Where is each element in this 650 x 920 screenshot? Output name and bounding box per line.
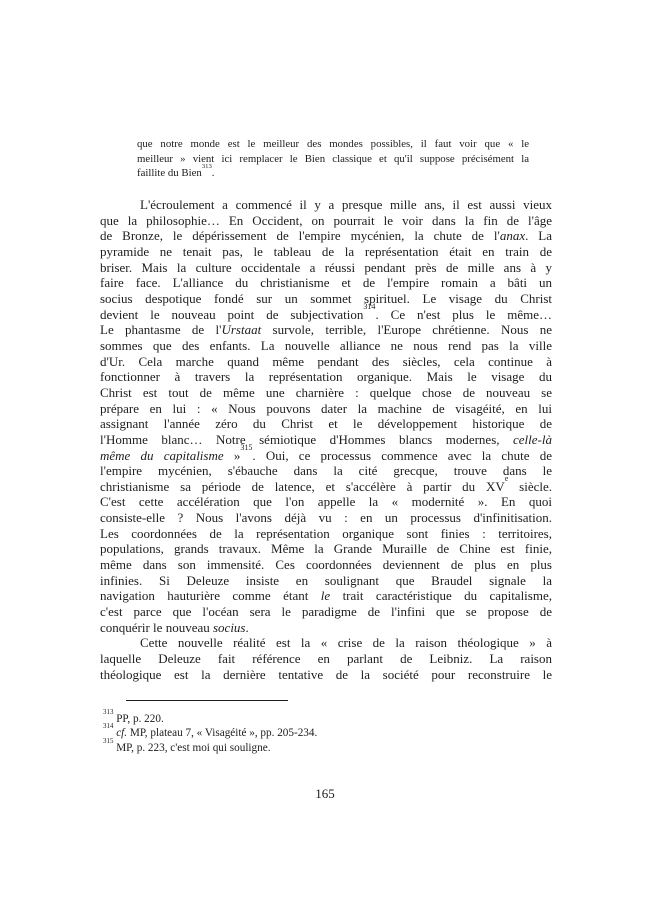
text-run: . Ce n'est plus le même… <box>375 307 552 322</box>
text-run: que notre monde est le meilleur des mond… <box>137 138 529 150</box>
text-run: briser. Mais la culture occidentale a ré… <box>100 260 552 275</box>
text-line: que la philosophie… En Occident, on pour… <box>100 213 552 229</box>
superscript-ref: 314 <box>363 302 375 311</box>
text-run: pyramide ne tenait pas, le tableau de la… <box>100 244 552 259</box>
blockquote: que notre monde est le meilleur des mond… <box>137 137 529 181</box>
text-run: trait caractéristique du capitalisme, <box>330 588 552 603</box>
text-line: fonctionner à travers la représentation … <box>100 369 552 385</box>
text-line: Cette nouvelle réalité est la « crise de… <box>100 635 552 651</box>
text-run: que la philosophie… En Occident, on pour… <box>100 213 552 228</box>
paragraph: Cette nouvelle réalité est la « crise de… <box>100 635 552 682</box>
text-line: laquelle Deleuze fait référence en parla… <box>100 651 552 667</box>
text-line: populations, grands travaux. Même la Gra… <box>100 541 552 557</box>
text-line: devient le nouveau point de subjectivati… <box>100 307 552 323</box>
text-line: théologique est la dernière tentative de… <box>100 667 552 683</box>
text-line: infinies. Si Deleuze insiste en souligna… <box>100 573 552 589</box>
footnote-item: 313 PP, p. 220. <box>103 712 563 726</box>
text-line: d'Ur. Cela marche quand même pendant des… <box>100 354 552 370</box>
text-line: prépare en lui : « Nous pouvons dater la… <box>100 401 552 417</box>
text-run: Cette nouvelle réalité est la « crise de… <box>140 635 552 650</box>
text-run: C'est cette accélération que l'on appell… <box>100 494 552 509</box>
text-run: assignant l'année zéro du Christ et le d… <box>100 416 552 431</box>
text-line: même dans son immensité. Ces coordonnées… <box>100 557 552 573</box>
text-run: devient le nouveau point de subjectivati… <box>100 307 363 322</box>
text-line: C'est cette accélération que l'on appell… <box>100 494 552 510</box>
text-run: prépare en lui : « Nous pouvons dater la… <box>100 401 552 416</box>
footnotes: 313 PP, p. 220.314 cf. MP, plateau 7, « … <box>103 712 563 755</box>
text-run: . <box>212 167 215 179</box>
italic-text: même du capitalisme <box>100 448 224 463</box>
text-run: . La <box>525 228 552 243</box>
superscript-ref: e <box>505 474 509 483</box>
text-run: survole, terrible, l'Europe chrétienne. … <box>261 322 552 337</box>
text-run: faillite du Bien <box>137 167 202 179</box>
text-run: l'empire mycénien, s'ébauche dans la cit… <box>100 463 552 478</box>
text-run: L'écroulement a commencé il y a presque … <box>140 197 552 212</box>
text-run: infinies. Si Deleuze insiste en souligna… <box>100 573 552 588</box>
text-run: » <box>224 448 241 463</box>
superscript-ref: 313 <box>103 708 113 716</box>
text-run: socius despotique fondé sur un sommet sp… <box>100 291 552 306</box>
text-line: consiste-elle ? Nous l'avons déjà vu : e… <box>100 510 552 526</box>
text-run: théologique est la dernière tentative de… <box>100 667 552 682</box>
text-run: populations, grands travaux. Même la Gra… <box>100 541 552 556</box>
text-line: assignant l'année zéro du Christ et le d… <box>100 416 552 432</box>
superscript-ref: 314 <box>103 722 113 730</box>
text-line: faire face. L'alliance du christianisme … <box>100 275 552 291</box>
text-run: laquelle Deleuze fait référence en parla… <box>100 651 552 666</box>
superscript-ref: 313 <box>202 163 212 170</box>
paragraph: L'écroulement a commencé il y a presque … <box>100 197 552 635</box>
text-run: . <box>245 620 248 635</box>
italic-text: anax <box>500 228 525 243</box>
footnote-item: 315 MP, p. 223, c'est moi qui souligne. <box>103 741 563 755</box>
document-page: que notre monde est le meilleur des mond… <box>0 0 650 920</box>
text-run: Les coordonnées de la représentation org… <box>100 526 552 541</box>
italic-text: le <box>321 588 330 603</box>
text-line: socius despotique fondé sur un sommet sp… <box>100 291 552 307</box>
italic-text: cf. <box>116 727 127 739</box>
text-line: l'empire mycénien, s'ébauche dans la cit… <box>100 463 552 479</box>
text-line: navigation hauturière comme étant le tra… <box>100 588 552 604</box>
text-line: de Bronze, le dépérissement de l'empire … <box>100 228 552 244</box>
body-text: L'écroulement a commencé il y a presque … <box>100 197 552 682</box>
page-number: 165 <box>0 786 650 802</box>
text-line: christianisme sa période de latence, et … <box>100 479 552 495</box>
italic-text: socius <box>213 620 246 635</box>
text-line: briser. Mais la culture occidentale a ré… <box>100 260 552 276</box>
text-run: christianisme sa période de latence, et … <box>100 479 505 494</box>
text-run: c'est parce que l'océan sera le paradigm… <box>100 604 552 619</box>
text-line: Christ est tout de même une charnière : … <box>100 385 552 401</box>
text-line: conquérir le nouveau socius. <box>100 620 552 636</box>
text-run: PP, p. 220. <box>113 713 163 725</box>
footnote-separator <box>126 700 288 701</box>
text-run: meilleur » vient ici remplacer le Bien c… <box>137 153 529 165</box>
text-run: . Oui, ce processus commence avec la chu… <box>252 448 552 463</box>
text-run: consiste-elle ? Nous l'avons déjà vu : e… <box>100 510 552 525</box>
text-run: sommes que des enfants. La nouvelle alli… <box>100 338 552 353</box>
text-run: de Bronze, le dépérissement de l'empire … <box>100 228 500 243</box>
text-line: Le phantasme de l'Urstaat survole, terri… <box>100 322 552 338</box>
text-line: sommes que des enfants. La nouvelle alli… <box>100 338 552 354</box>
text-line: c'est parce que l'océan sera le paradigm… <box>100 604 552 620</box>
text-run: d'Ur. Cela marche quand même pendant des… <box>100 354 552 369</box>
italic-text: Urstaat <box>221 322 261 337</box>
text-run: l'Homme blanc… Notre sémiotique d'Hommes… <box>100 432 513 447</box>
text-run: navigation hauturière comme étant <box>100 588 321 603</box>
text-line: même du capitalisme »315. Oui, ce proces… <box>100 448 552 464</box>
text-run: Le phantasme de l' <box>100 322 221 337</box>
text-run: conquérir le nouveau <box>100 620 213 635</box>
text-line: Les coordonnées de la représentation org… <box>100 526 552 542</box>
superscript-ref: 315 <box>240 443 252 452</box>
text-line: meilleur » vient ici remplacer le Bien c… <box>137 152 529 167</box>
text-line: faillite du Bien313. <box>137 166 529 181</box>
text-run: siècle. <box>508 479 552 494</box>
text-run: MP, p. 223, c'est moi qui souligne. <box>113 742 270 754</box>
text-run: faire face. L'alliance du christianisme … <box>100 275 552 290</box>
superscript-ref: 315 <box>103 737 113 745</box>
text-line: que notre monde est le meilleur des mond… <box>137 137 529 152</box>
text-run: Christ est tout de même une charnière : … <box>100 385 552 400</box>
text-run: fonctionner à travers la représentation … <box>100 369 552 384</box>
text-line: l'Homme blanc… Notre sémiotique d'Hommes… <box>100 432 552 448</box>
text-line: pyramide ne tenait pas, le tableau de la… <box>100 244 552 260</box>
text-line: L'écroulement a commencé il y a presque … <box>100 197 552 213</box>
italic-text: celle-là <box>513 432 552 447</box>
text-run: même dans son immensité. Ces coordonnées… <box>100 557 552 572</box>
text-run: MP, plateau 7, « Visagéité », pp. 205-23… <box>127 727 317 739</box>
footnote-item: 314 cf. MP, plateau 7, « Visagéité », pp… <box>103 726 563 740</box>
